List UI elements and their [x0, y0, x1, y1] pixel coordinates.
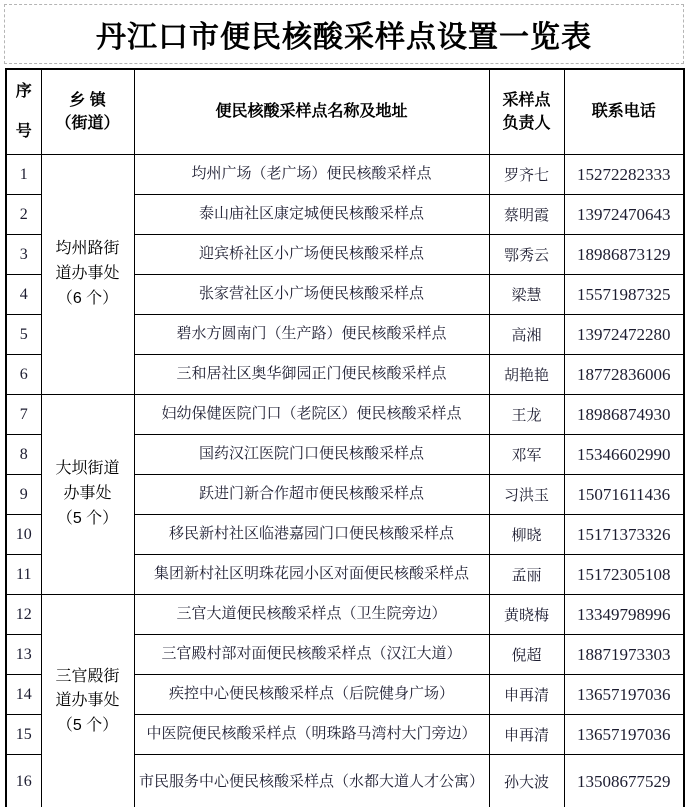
phone-cell: 18871973303: [564, 635, 684, 675]
phone-cell: 18772836006: [564, 355, 684, 395]
phone-cell: 15346602990: [564, 435, 684, 475]
serial-cell: 1: [6, 155, 41, 195]
serial-cell: 11: [6, 555, 41, 595]
serial-cell: 12: [6, 595, 41, 635]
phone-cell: 15272282333: [564, 155, 684, 195]
serial-cell: 3: [6, 235, 41, 275]
serial-cell: 6: [6, 355, 41, 395]
person-cell: 孙大波: [489, 755, 564, 807]
document-page: 丹江口市便民核酸采样点设置一览表 序 号 乡 镇 （街道） 便民核酸采样点名称及…: [0, 0, 688, 807]
site-cell: 集团新村社区明珠花园小区对面便民核酸采样点: [134, 555, 489, 595]
phone-cell: 15571987325: [564, 275, 684, 315]
person-cell: 胡艳艳: [489, 355, 564, 395]
serial-cell: 8: [6, 435, 41, 475]
person-cell: 王龙: [489, 395, 564, 435]
serial-cell: 14: [6, 675, 41, 715]
table-row: 7 大坝街道 办事处 （5 个） 妇幼保健医院门口（老院区）便民核酸采样点 王龙…: [6, 395, 684, 435]
page-title: 丹江口市便民核酸采样点设置一览表: [96, 12, 592, 56]
table-header-row: 序 号 乡 镇 （街道） 便民核酸采样点名称及地址 采样点 负责人 联系电话: [6, 69, 684, 155]
person-cell: 申再清: [489, 715, 564, 755]
header-township: 乡 镇 （街道）: [41, 69, 134, 155]
site-cell: 中医院便民核酸采样点（明珠路马湾村大门旁边）: [134, 715, 489, 755]
serial-cell: 9: [6, 475, 41, 515]
header-serial: 序 号: [6, 69, 41, 155]
serial-cell: 13: [6, 635, 41, 675]
serial-cell: 7: [6, 395, 41, 435]
serial-cell: 5: [6, 315, 41, 355]
person-cell: 邓军: [489, 435, 564, 475]
header-site: 便民核酸采样点名称及地址: [134, 69, 489, 155]
person-cell: 罗齐七: [489, 155, 564, 195]
phone-cell: 13972472280: [564, 315, 684, 355]
serial-cell: 2: [6, 195, 41, 235]
person-cell: 蔡明霞: [489, 195, 564, 235]
phone-cell: 15172305108: [564, 555, 684, 595]
phone-cell: 18986874930: [564, 395, 684, 435]
phone-cell: 13972470643: [564, 195, 684, 235]
table-row: 1 均州路街 道办事处 （6 个） 均州广场（老广场）便民核酸采样点 罗齐七 1…: [6, 155, 684, 195]
phone-cell: 15071611436: [564, 475, 684, 515]
site-cell: 三和居社区奥华御园正门便民核酸采样点: [134, 355, 489, 395]
serial-cell: 15: [6, 715, 41, 755]
table-row: 12 三官殿街 道办事处 （5 个） 三官大道便民核酸采样点（卫生院旁边） 黄晓…: [6, 595, 684, 635]
site-cell: 碧水方圆南门（生产路）便民核酸采样点: [134, 315, 489, 355]
group-cell-daba: 大坝街道 办事处 （5 个）: [41, 395, 134, 595]
person-cell: 申再清: [489, 675, 564, 715]
person-cell: 鄂秀云: [489, 235, 564, 275]
serial-cell: 16: [6, 755, 41, 807]
header-person: 采样点 负责人: [489, 69, 564, 155]
site-cell: 市民服务中心便民核酸采样点（水都大道人才公寓）: [134, 755, 489, 807]
phone-cell: 13349798996: [564, 595, 684, 635]
person-cell: 孟丽: [489, 555, 564, 595]
serial-cell: 10: [6, 515, 41, 555]
person-cell: 柳晓: [489, 515, 564, 555]
site-cell: 迎宾桥社区小广场便民核酸采样点: [134, 235, 489, 275]
phone-cell: 18986873129: [564, 235, 684, 275]
phone-cell: 13657197036: [564, 675, 684, 715]
group-cell-sanguandian: 三官殿街 道办事处 （5 个）: [41, 595, 134, 807]
person-cell: 习洪玉: [489, 475, 564, 515]
serial-cell: 4: [6, 275, 41, 315]
person-cell: 黄晓梅: [489, 595, 564, 635]
person-cell: 倪超: [489, 635, 564, 675]
sampling-points-table: 序 号 乡 镇 （街道） 便民核酸采样点名称及地址 采样点 负责人 联系电话 1…: [5, 68, 685, 807]
site-cell: 跃进门新合作超市便民核酸采样点: [134, 475, 489, 515]
site-cell: 疾控中心便民核酸采样点（后院健身广场）: [134, 675, 489, 715]
site-cell: 均州广场（老广场）便民核酸采样点: [134, 155, 489, 195]
site-cell: 三官大道便民核酸采样点（卫生院旁边）: [134, 595, 489, 635]
phone-cell: 13508677529: [564, 755, 684, 807]
phone-cell: 13657197036: [564, 715, 684, 755]
site-cell: 三官殿村部对面便民核酸采样点（汉江大道）: [134, 635, 489, 675]
site-cell: 张家营社区小广场便民核酸采样点: [134, 275, 489, 315]
site-cell: 国药汉江医院门口便民核酸采样点: [134, 435, 489, 475]
person-cell: 梁慧: [489, 275, 564, 315]
title-frame: 丹江口市便民核酸采样点设置一览表: [4, 4, 684, 64]
group-cell-junzhoulu: 均州路街 道办事处 （6 个）: [41, 155, 134, 395]
person-cell: 高湘: [489, 315, 564, 355]
header-phone: 联系电话: [564, 69, 684, 155]
phone-cell: 15171373326: [564, 515, 684, 555]
site-cell: 移民新村社区临港嘉园门口便民核酸采样点: [134, 515, 489, 555]
site-cell: 妇幼保健医院门口（老院区）便民核酸采样点: [134, 395, 489, 435]
site-cell: 泰山庙社区康定城便民核酸采样点: [134, 195, 489, 235]
